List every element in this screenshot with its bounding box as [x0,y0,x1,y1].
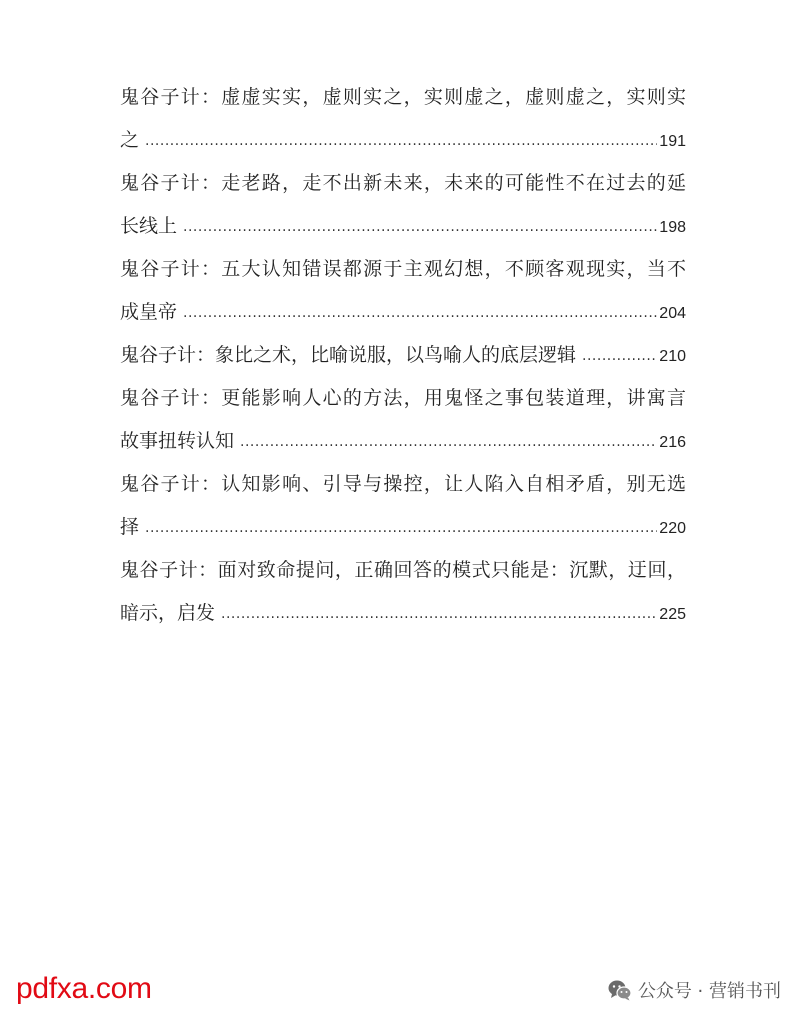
toc-entry-continuation: 之 191 [120,119,686,162]
toc-page-number: 204 [659,292,686,335]
toc-entry-continuation: 长线上 198 [120,205,686,248]
dot-leader [183,292,657,335]
toc-entry-continuation: 成皇帝 204 [120,291,686,334]
toc-entry-title: 鬼谷子计：虚虚实实，虚则实之，实则虚之，虚则虚之，实则实 [120,76,686,119]
wechat-account-badge: 公众号 · 营销书刊 [608,977,781,1003]
toc-page-number: 198 [659,206,686,249]
dot-leader [183,206,657,249]
dot-leader [145,120,657,163]
wechat-icon [608,979,632,1001]
toc-entry-title: 鬼谷子计：更能影响人心的方法，用鬼怪之事包装道理，讲寓言 [120,377,686,420]
toc-page-number: 220 [659,507,686,550]
toc-entry-title: 鬼谷子计：面对致命提问，正确回答的模式只能是：沉默，迂回， [120,549,686,592]
toc-entry-title-end: 成皇帝 [120,291,177,334]
dot-leader [240,421,657,464]
toc-entry-continuation: 择 220 [120,506,686,549]
toc-entry[interactable]: 鬼谷子计：虚虚实实，虚则实之，实则虚之，虚则虚之，实则实 之 191 [120,76,686,162]
watermark-logo: pdfxa.com [16,972,152,1006]
toc-entry-continuation: 故事扭转认知 216 [120,420,686,463]
toc-entry-continuation: 暗示，启发 225 [120,592,686,635]
dot-leader [221,593,657,636]
toc-entry-title-end: 择 [120,506,139,549]
dot-leader [582,335,657,378]
toc-entry[interactable]: 鬼谷子计：象比之术，比喻说服，以鸟喻人的底层逻辑 210 [120,334,686,377]
toc-entry[interactable]: 鬼谷子计：面对致命提问，正确回答的模式只能是：沉默，迂回， 暗示，启发 225 [120,549,686,635]
toc-entry-title: 鬼谷子计：走老路，走不出新未来，未来的可能性不在过去的延 [120,162,686,205]
toc-page-number: 191 [659,120,686,163]
toc-entry-title-end: 故事扭转认知 [120,420,234,463]
toc-entry[interactable]: 鬼谷子计：走老路，走不出新未来，未来的可能性不在过去的延 长线上 198 [120,162,686,248]
toc-entry-title: 鬼谷子计：认知影响、引导与操控，让人陷入自相矛盾，别无选 [120,463,686,506]
toc-entry[interactable]: 鬼谷子计：认知影响、引导与操控，让人陷入自相矛盾，别无选 择 220 [120,463,686,549]
toc-entry-title-end: 长线上 [120,205,177,248]
account-label: 公众号 · 营销书刊 [638,977,781,1003]
toc-entry-title: 鬼谷子计：五大认知错误都源于主观幻想，不顾客观现实，当不 [120,248,686,291]
table-of-contents: 鬼谷子计：虚虚实实，虚则实之，实则虚之，虚则虚之，实则实 之 191 鬼谷子计：… [120,76,686,635]
dot-leader [145,507,657,550]
toc-entry-single-line: 鬼谷子计：象比之术，比喻说服，以鸟喻人的底层逻辑 210 [120,334,686,377]
toc-entry[interactable]: 鬼谷子计：更能影响人心的方法，用鬼怪之事包装道理，讲寓言 故事扭转认知 216 [120,377,686,463]
toc-entry[interactable]: 鬼谷子计：五大认知错误都源于主观幻想，不顾客观现实，当不 成皇帝 204 [120,248,686,334]
toc-entry-title-end: 之 [120,119,139,162]
toc-entry-title-end: 暗示，启发 [120,592,215,635]
toc-page-number: 210 [659,335,686,378]
toc-entry-title: 鬼谷子计：象比之术，比喻说服，以鸟喻人的底层逻辑 [120,334,576,377]
toc-page-number: 225 [659,593,686,636]
toc-page-number: 216 [659,421,686,464]
